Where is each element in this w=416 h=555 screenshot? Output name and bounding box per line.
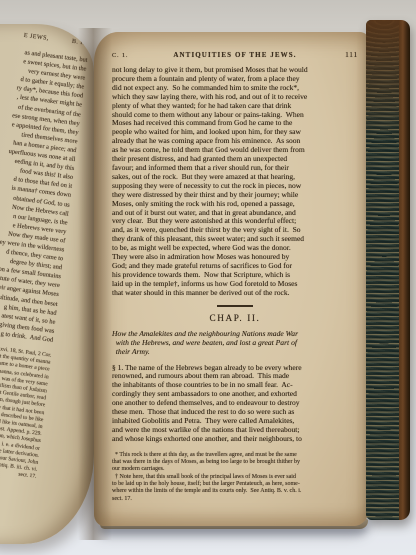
running-head-title: ANTIQUITIES OF THE JEWS. [152,51,318,59]
chapter-divider-rule [217,305,253,307]
left-page-running-head: E JEWS, B. III. [0,27,90,47]
footnotes: * This rock is there at this day, as the… [112,452,358,503]
book-photo: E JEWS, B. III. as and pleasant taste, b… [0,0,416,555]
left-page-text: E JEWS, B. III. as and pleasant taste, b… [0,27,90,481]
left-page-text-fragments: as and pleasant taste, but e sweet spice… [0,43,88,345]
right-page: C. 1. ANTIQUITIES OF THE JEWS. 111 not l… [94,32,370,526]
left-page-footnote-fragments: xvi. 18, St. Paul, 2 Cor. at the quantit… [0,340,52,481]
right-page-content: C. 1. ANTIQUITIES OF THE JEWS. 111 not l… [112,50,358,503]
leather-edge [399,20,410,520]
book-cover-edge [366,20,410,520]
running-head: C. 1. ANTIQUITIES OF THE JEWS. 111 [112,50,358,59]
section-paragraph: § 1. The name of the Hebrews began alrea… [112,364,358,444]
body-paragraph: not long delay to give it them, but prom… [112,66,358,298]
chapter-subtitle: How the Amalekites and the neighbouring … [112,329,358,357]
left-page: E JEWS, B. III. as and pleasant taste, b… [0,24,94,544]
chapter-marker: C. 1. [112,52,152,59]
page-number: 111 [318,50,358,59]
marbled-paper [366,20,399,520]
chapter-heading: CHAP. II. [112,313,358,323]
